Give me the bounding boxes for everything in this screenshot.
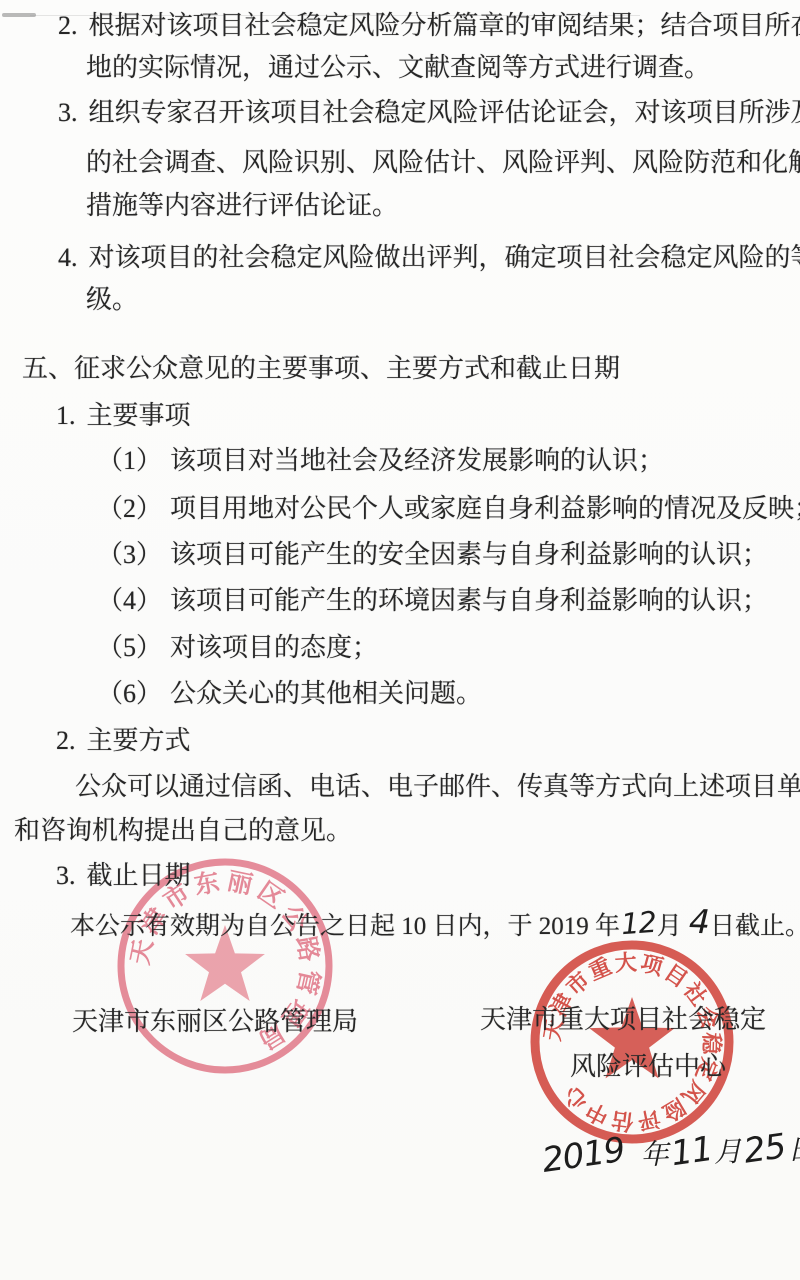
item-marker: （2） — [97, 493, 162, 525]
method-paragraph-line-2: 和咨询机构提出自己的意见。 — [14, 815, 352, 847]
opinion-item-4: （4）该项目可能产生的环境因素与自身利益影响的认识； — [97, 585, 768, 617]
list-marker: 3. — [58, 97, 78, 129]
item-text: 项目用地对公民个人或家庭自身利益影响的情况及反映； — [170, 494, 800, 523]
org-name: 天津市重大项目社会稳定 — [480, 1005, 766, 1034]
seal-ring — [535, 945, 729, 1139]
opinion-item-2: （2）项目用地对公民个人或家庭自身利益影响的情况及反映； — [97, 493, 800, 525]
step-3-line-3: 措施等内容进行评估论证。 — [86, 190, 398, 222]
org-name: 天津市东丽区公路管理局 — [72, 1007, 358, 1036]
item-marker: （5） — [97, 632, 162, 664]
step-2-line-2: 地的实际情况，通过公示、文献查阅等方式进行调查。 — [86, 52, 710, 84]
opinion-item-6: （6）公众关心的其他相关问题。 — [97, 678, 482, 710]
scanned-notice-page: 天津市东丽区公路管理局 天津市重大项目社会稳定风险评估中心 2.根据对该项目社会… — [0, 0, 800, 1280]
item-marker: （3） — [97, 539, 162, 571]
opinion-item-3: （3）该项目可能产生的安全因素与自身利益影响的认识； — [97, 539, 768, 571]
step-text: 措施等内容进行评估论证。 — [86, 191, 398, 220]
paragraph-text: 公众可以通过信函、电话、电子邮件、传真等方式向上述项目单位 — [75, 772, 800, 801]
item-text: 该项目对当地社会及经济发展影响的认识； — [170, 446, 664, 475]
list-marker: 2. — [58, 10, 78, 42]
item-marker: （1） — [97, 445, 162, 477]
day-unit: 日 — [786, 1127, 800, 1168]
subsection-title-text: 截止日期 — [87, 861, 191, 890]
step-text: 对该项目的社会稳定风险做出评判，确定项目社会稳定风险的等 — [89, 243, 800, 272]
deadline-line: 本公示有效期为自公告之日起 10 日内，于 2019 年12月4日截止。 — [70, 906, 800, 943]
opinion-item-1: （1）该项目对当地社会及经济发展影响的认识； — [97, 445, 664, 477]
seal-ring — [121, 862, 329, 1070]
step-3-line-1: 3.组织专家召开该项目社会稳定风险评估论证会，对该项目所涉及 — [58, 97, 800, 129]
list-marker: 3. — [56, 860, 76, 892]
handwritten-day: 25 — [741, 1126, 787, 1171]
handwritten-day: 4 — [688, 905, 709, 939]
step-3-line-2: 的社会调查、风险识别、风险估计、风险评判、风险防范和化解 — [86, 147, 800, 179]
list-marker: 2. — [56, 725, 76, 757]
org-signature-left: 天津市东丽区公路管理局 — [72, 1001, 358, 1038]
official-seal-right: 天津市重大项目社会稳定风险评估中心 — [528, 938, 736, 1146]
item-text: 公众关心的其他相关问题。 — [170, 679, 482, 708]
month-unit: 月 — [713, 1130, 742, 1171]
subsection-title-text: 主要方式 — [87, 726, 191, 755]
list-marker: 1. — [56, 400, 76, 432]
item-marker: （4） — [97, 585, 162, 617]
section-heading-text: 五、征求公众意见的主要事项、主要方式和截止日期 — [22, 354, 620, 383]
org-name: 风险评估中心 — [570, 1052, 726, 1081]
item-text: 该项目可能产生的安全因素与自身利益影响的认识； — [170, 540, 768, 569]
paragraph-text: 和咨询机构提出自己的意见。 — [14, 816, 352, 845]
step-text: 组织专家召开该项目社会稳定风险评估论证会，对该项目所涉及 — [89, 98, 800, 127]
opinion-item-5: （5）对该项目的态度； — [97, 632, 378, 664]
section-heading: 五、征求公众意见的主要事项、主要方式和截止日期 — [22, 353, 620, 385]
handwritten-date: 2019年11月25日 — [541, 1127, 800, 1177]
item-text: 该项目可能产生的环境因素与自身利益影响的认识； — [170, 586, 768, 615]
step-2-line-1: 2.根据对该项目社会稳定风险分析篇章的审阅结果；结合项目所在 — [58, 10, 800, 42]
subsection-title-text: 主要事项 — [87, 401, 191, 430]
org-signature-right-line2: 风险评估中心 — [570, 1046, 726, 1083]
deadline-print-suffix: 日截止。 — [710, 913, 800, 940]
year-unit: 年 — [640, 1132, 669, 1173]
item-marker: （6） — [97, 678, 162, 710]
step-4-line-2: 级。 — [86, 284, 138, 316]
deadline-print-text: 本公示有效期为自公告之日起 10 日内，于 2019 年 — [70, 913, 620, 940]
method-paragraph-line-1: 公众可以通过信函、电话、电子邮件、传真等方式向上述项目单位 — [75, 771, 800, 803]
list-marker: 4. — [58, 242, 78, 274]
step-4-line-1: 4.对该项目的社会稳定风险做出评判，确定项目社会稳定风险的等 — [58, 242, 800, 274]
subsection-1-title: 1.主要事项 — [56, 400, 191, 432]
subsection-3-title: 3.截止日期 — [56, 860, 191, 892]
step-text: 地的实际情况，通过公示、文献查阅等方式进行调查。 — [86, 53, 710, 82]
item-text: 对该项目的态度； — [170, 633, 378, 662]
svg-text:天津市重大项目社会稳定风险评估中心: 天津市重大项目社会稳定风险评估中心 — [539, 949, 724, 1134]
step-text: 的社会调查、风险识别、风险估计、风险评判、风险防范和化解 — [86, 148, 800, 177]
handwritten-month: 11 — [668, 1129, 714, 1174]
org-signature-right-line1: 天津市重大项目社会稳定 — [480, 999, 766, 1036]
seal-ring-text: 天津市重大项目社会稳定风险评估中心 — [539, 949, 724, 1134]
handwritten-month: 12 — [620, 908, 657, 939]
subsection-2-title: 2.主要方式 — [56, 725, 191, 757]
deadline-month-unit: 月 — [657, 913, 682, 940]
handwritten-year: 2019 — [540, 1130, 627, 1181]
step-text: 根据对该项目社会稳定风险分析篇章的审阅结果；结合项目所在 — [89, 11, 800, 40]
step-text: 级。 — [86, 285, 138, 314]
